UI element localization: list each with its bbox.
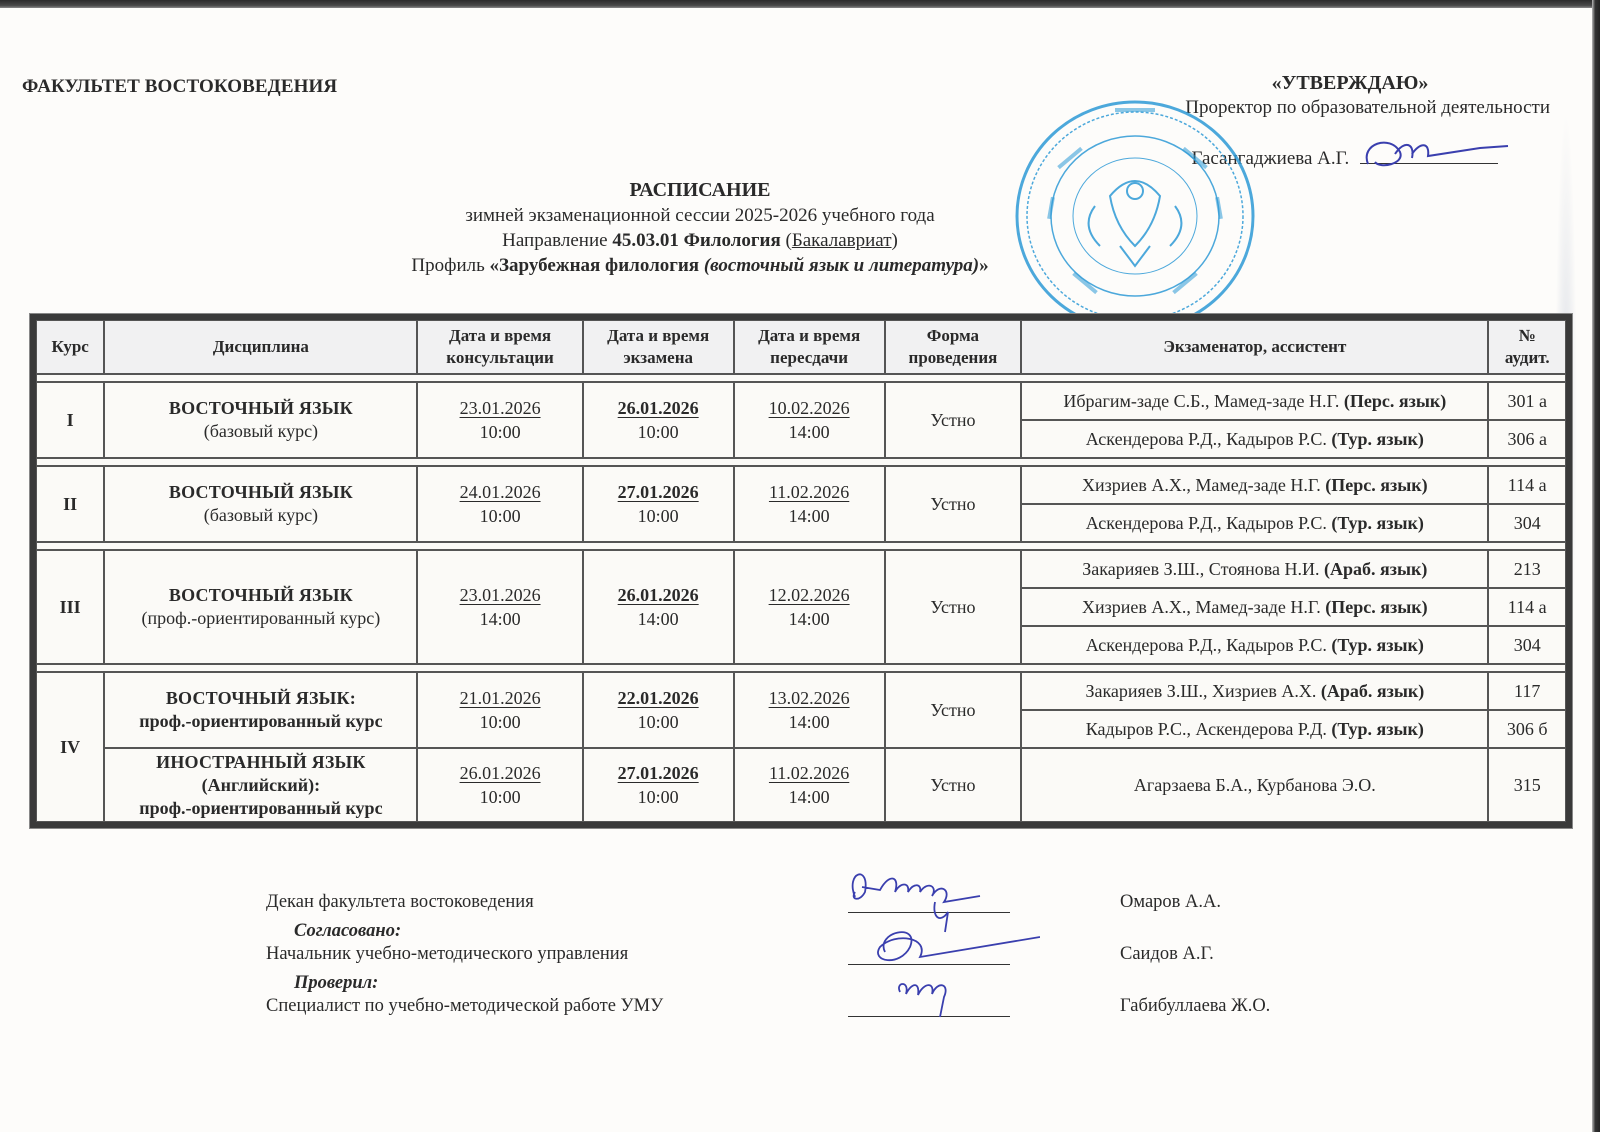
form-cell: Устно [885,466,1022,542]
header-retake: Дата и времяпересдачи [734,320,885,374]
room-cell: 306 а [1488,420,1566,458]
language-label: (Перс. язык) [1325,475,1427,495]
discipline-name: ВОСТОЧНЫЙ ЯЗЫК: [109,687,412,710]
examiner-cell: Аскендерова Р.Д., Кадыров Р.С. (Тур. язы… [1021,504,1488,542]
examiner-names: Аскендерова Р.Д., Кадыров Р.С. [1086,635,1332,655]
approval-role: Проректор по образовательной деятельност… [1080,97,1550,119]
examiner-names: Хизриев А.Х., Мамед-заде Н.Г. [1082,475,1325,495]
table-row: ИНОСТРАННЫЙ ЯЗЫК(Английский):проф.-ориен… [36,748,1566,822]
form-cell: Устно [885,382,1022,458]
examiner-names: Агарзаева Б.А., Курбанова Э.О. [1134,775,1376,795]
group-separator [36,374,1566,382]
course-cell: II [36,466,104,542]
discipline-cell: ВОСТОЧНЫЙ ЯЗЫК(базовый курс) [104,466,417,542]
signatures-block: Декан факультета востоковедения Омаров А… [266,892,1366,1022]
profile-line: Профиль «Зарубежная филология (восточный… [200,253,1200,278]
direction-level: Бакалавриат [792,230,892,251]
discipline-subtitle: (Английский): [109,774,412,797]
retake-date: 11.02.2026 [739,761,880,785]
retake-cell: 13.02.202614:00 [734,672,885,748]
exam-cell: 26.01.202614:00 [583,550,734,664]
exam-time: 10:00 [588,504,729,528]
table-row: IВОСТОЧНЫЙ ЯЗЫК(базовый курс)23.01.20261… [36,382,1566,420]
exam-date: 27.01.2026 [588,761,729,785]
table-row: IVВОСТОЧНЫЙ ЯЗЫК:проф.-ориентированный к… [36,672,1566,710]
examiner-cell: Закарияев З.Ш., Хизриев А.Х. (Араб. язык… [1021,672,1488,710]
discipline-subtitle: (проф.-ориентированный курс) [109,607,412,630]
exam-cell: 27.01.202610:00 [583,748,734,822]
discipline-subtitle: проф.-ориентированный курс [109,797,412,820]
dean-role: Декан факультета востоковедения [266,892,534,913]
discipline-subtitle: (базовый курс) [109,504,412,527]
document-heading: РАСПИСАНИЕ зимней экзаменационной сессии… [200,178,1200,278]
language-label: (Тур. язык) [1331,635,1424,655]
session-line: зимней экзаменационной сессии 2025-2026 … [200,203,1200,228]
exam-cell: 26.01.202610:00 [583,382,734,458]
approval-block: «УТВЕРЖДАЮ» Проректор по образовательной… [1080,72,1550,170]
discipline-subtitle: (базовый курс) [109,420,412,443]
header-course: Курс [36,320,104,374]
language-label: (Тур. язык) [1331,513,1424,533]
discipline-name: ВОСТОЧНЫЙ ЯЗЫК [109,584,412,607]
exam-date: 26.01.2026 [588,583,729,607]
consult-date: 21.01.2026 [422,686,577,710]
document-title: РАСПИСАНИЕ [200,178,1200,203]
signature-row-dean: Декан факультета востоковедения Омаров А… [266,892,1366,918]
retake-date: 13.02.2026 [739,686,880,710]
language-label: (Перс. язык) [1344,391,1446,411]
direction-line: Направление 45.03.01 Филология (Бакалавр… [200,228,1200,253]
consult-date: 23.01.2026 [422,396,577,420]
form-cell: Устно [885,550,1022,664]
dean-name: Омаров А.А. [1120,892,1221,913]
examiner-names: Хизриев А.Х., Мамед-заде Н.Г. [1082,597,1325,617]
examiner-cell: Аскендерова Р.Д., Кадыров Р.С. (Тур. язы… [1021,626,1488,664]
examiner-cell: Агарзаева Б.А., Курбанова Э.О. [1021,748,1488,822]
checked-label: Проверил: [294,970,1366,996]
room-cell: 114 а [1488,466,1566,504]
schedule-table: Курс Дисциплина Дата и времяконсультации… [36,320,1566,822]
header-discipline: Дисциплина [104,320,417,374]
signature-row-head: Начальник учебно-методического управлени… [266,944,1366,970]
consult-time: 10:00 [422,420,577,444]
specialist-name: Габибуллаева Ж.О. [1120,996,1270,1017]
course-cell: III [36,550,104,664]
room-cell: 117 [1488,672,1566,710]
retake-date: 10.02.2026 [739,396,880,420]
group-separator [36,458,1566,466]
consult-time: 14:00 [422,607,577,631]
profile-name: «Зарубежная филология [490,255,704,276]
discipline-cell: ИНОСТРАННЫЙ ЯЗЫК(Английский):проф.-ориен… [104,748,417,822]
consult-time: 10:00 [422,785,577,809]
exam-time: 10:00 [588,710,729,734]
retake-cell: 12.02.202614:00 [734,550,885,664]
exam-date: 22.01.2026 [588,686,729,710]
signature-line [848,964,1010,965]
examiner-cell: Закарияев З.Ш., Стоянова Н.И. (Араб. язы… [1021,550,1488,588]
agreed-label: Согласовано: [294,918,1366,944]
examiner-names: Аскендерова Р.Д., Кадыров Р.С. [1086,429,1332,449]
retake-cell: 10.02.202614:00 [734,382,885,458]
consult-cell: 23.01.202610:00 [417,382,582,458]
table-row: IIВОСТОЧНЫЙ ЯЗЫК(базовый курс)24.01.2026… [36,466,1566,504]
language-label: (Араб. язык) [1324,559,1427,579]
examiner-names: Аскендерова Р.Д., Кадыров Р.С. [1086,513,1332,533]
retake-time: 14:00 [739,785,880,809]
examiner-names: Закарияев З.Ш., Стоянова Н.И. [1082,559,1324,579]
profile-close: » [979,255,989,276]
header-exam: Дата и времяэкзамена [583,320,734,374]
discipline-cell: ВОСТОЧНЫЙ ЯЗЫК(базовый курс) [104,382,417,458]
header-consult: Дата и времяконсультации [417,320,582,374]
header-examiner: Экзаменатор, ассистент [1021,320,1488,374]
exam-time: 10:00 [588,785,729,809]
language-label: (Перс. язык) [1325,597,1427,617]
room-cell: 306 б [1488,710,1566,748]
table-header-row: Курс Дисциплина Дата и времяконсультации… [36,320,1566,374]
room-cell: 304 [1488,626,1566,664]
group-separator [36,664,1566,672]
retake-time: 14:00 [739,710,880,734]
signature-line [1360,145,1498,164]
discipline-subtitle: проф.-ориентированный курс [109,710,412,733]
exam-date: 27.01.2026 [588,480,729,504]
form-cell: Устно [885,672,1022,748]
room-cell: 114 а [1488,588,1566,626]
discipline-cell: ВОСТОЧНЫЙ ЯЗЫК:проф.-ориентированный кур… [104,672,417,748]
header-room: №аудит. [1488,320,1566,374]
signature-line [848,912,1010,913]
retake-date: 12.02.2026 [739,583,880,607]
form-cell: Устно [885,748,1022,822]
room-cell: 213 [1488,550,1566,588]
consult-date: 26.01.2026 [422,761,577,785]
schedule-table-frame: Курс Дисциплина Дата и времяконсультации… [30,314,1572,828]
consult-cell: 21.01.202610:00 [417,672,582,748]
header-form: Формапроведения [885,320,1022,374]
consult-date: 24.01.2026 [422,480,577,504]
course-cell: IV [36,672,104,822]
profile-prefix: Профиль [411,255,489,276]
consult-cell: 24.01.202610:00 [417,466,582,542]
examiner-names: Кадыров Р.С., Аскендерова Р.Д. [1086,719,1332,739]
retake-time: 14:00 [739,420,880,444]
examiner-cell: Хизриев А.Х., Мамед-заде Н.Г. (Перс. язы… [1021,466,1488,504]
exam-time: 10:00 [588,420,729,444]
examiner-names: Закарияев З.Ш., Хизриев А.Х. [1085,681,1320,701]
paren-open: ( [781,230,792,251]
scan-edge-top [0,0,1600,8]
exam-cell: 22.01.202610:00 [583,672,734,748]
head-name: Саидов А.Г. [1120,944,1214,965]
profile-specialization: (восточный язык и литература) [704,255,979,276]
examiner-cell: Кадыров Р.С., Аскендерова Р.Д. (Тур. язы… [1021,710,1488,748]
direction-prefix: Направление [502,230,612,251]
signature-line [848,1016,1010,1017]
group-separator [36,542,1566,550]
consult-date: 23.01.2026 [422,583,577,607]
retake-cell: 11.02.202614:00 [734,748,885,822]
retake-cell: 11.02.202614:00 [734,466,885,542]
language-label: (Тур. язык) [1331,719,1424,739]
discipline-name: ВОСТОЧНЫЙ ЯЗЫК [109,397,412,420]
consult-time: 10:00 [422,504,577,528]
discipline-name: ИНОСТРАННЫЙ ЯЗЫК [109,751,412,774]
examiner-cell: Хизриев А.Х., Мамед-заде Н.Г. (Перс. язы… [1021,588,1488,626]
approval-signer: Гасангаджиева А.Г. [1080,145,1550,170]
scan-edge-right [1592,0,1600,1132]
exam-cell: 27.01.202610:00 [583,466,734,542]
language-label: (Тур. язык) [1331,429,1424,449]
consult-cell: 23.01.202614:00 [417,550,582,664]
consult-cell: 26.01.202610:00 [417,748,582,822]
examiner-cell: Ибрагим-заде С.Б., Мамед-заде Н.Г. (Перс… [1021,382,1488,420]
examiner-names: Ибрагим-заде С.Б., Мамед-заде Н.Г. [1063,391,1344,411]
direction-code: 45.03.01 Филология [612,230,780,251]
specialist-role: Специалист по учебно-методической работе… [266,996,663,1017]
room-cell: 301 а [1488,382,1566,420]
retake-time: 14:00 [739,607,880,631]
room-cell: 315 [1488,748,1566,822]
room-cell: 304 [1488,504,1566,542]
approval-name: Гасангаджиева А.Г. [1191,148,1349,169]
paren-close: ) [892,230,898,251]
faculty-name: ФАКУЛЬТЕТ ВОСТОКОВЕДЕНИЯ [22,76,337,98]
approval-title: «УТВЕРЖДАЮ» [1150,72,1550,95]
examiner-cell: Аскендерова Р.Д., Кадыров Р.С. (Тур. язы… [1021,420,1488,458]
exam-time: 14:00 [588,607,729,631]
consult-time: 10:00 [422,710,577,734]
language-label: (Араб. язык) [1321,681,1424,701]
discipline-cell: ВОСТОЧНЫЙ ЯЗЫК(проф.-ориентированный кур… [104,550,417,664]
discipline-name: ВОСТОЧНЫЙ ЯЗЫК [109,481,412,504]
table-row: IIIВОСТОЧНЫЙ ЯЗЫК(проф.-ориентированный … [36,550,1566,588]
retake-time: 14:00 [739,504,880,528]
retake-date: 11.02.2026 [739,480,880,504]
course-cell: I [36,382,104,458]
head-role: Начальник учебно-методического управлени… [266,944,628,965]
exam-date: 26.01.2026 [588,396,729,420]
signature-row-specialist: Специалист по учебно-методической работе… [266,996,1366,1022]
